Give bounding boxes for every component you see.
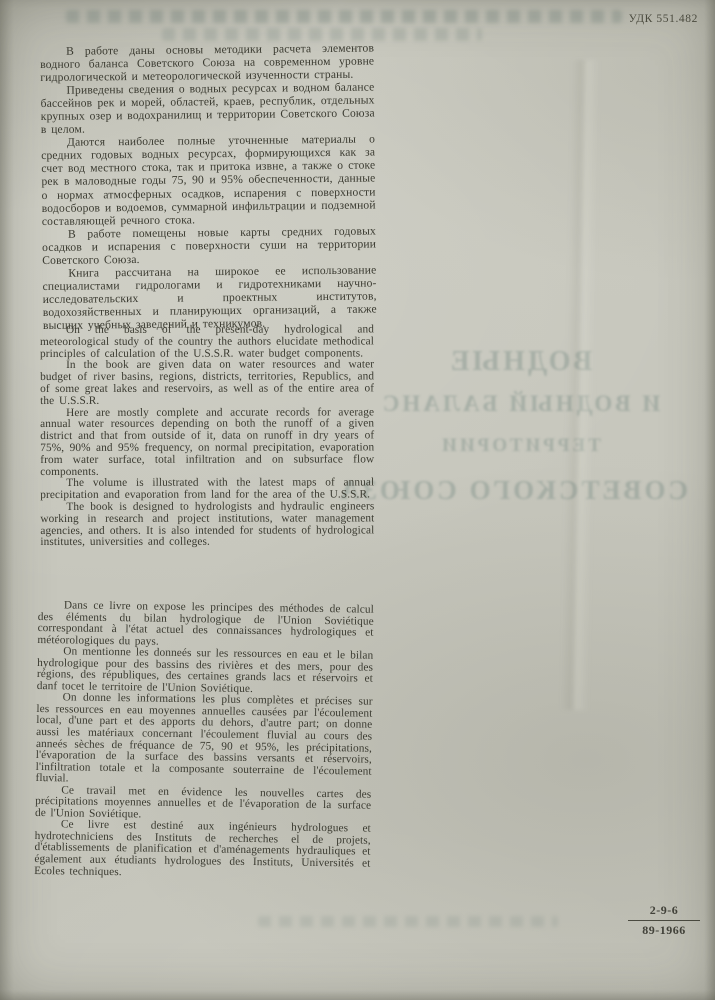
paper-crease [560,60,599,710]
paragraph: В работе даны основы методики расчета эл… [40,42,374,85]
bleedthrough-footer-line [258,916,558,927]
paragraph: In the book are given data on water reso… [40,360,374,408]
paragraph: On mentionne les donneés sur les ressour… [37,646,374,697]
paragraph: В работе помещены новые карты средних го… [42,224,376,267]
scanned-book-page: ВОДНЫЕ И ВОДНЫЙ БАЛАНС ТЕРРИТОРИИ СОВЕТС… [0,0,715,1000]
paragraph: On the basis of the present-day hydrolog… [40,324,374,360]
paragraph: Книга рассчитана на широкое ее использов… [42,263,377,332]
stamp-numerator: 2-9-6 [628,903,700,919]
paragraph: Here are mostly complete and accurate re… [40,407,374,478]
paragraph: The book is designed to hydrologists and… [40,501,374,549]
abstract-french: Dans ce livre on expose les principes de… [34,600,374,882]
paragraph: On donne les informations les plus compl… [35,692,372,789]
bleedthrough-header-line-1 [66,10,622,23]
abstract-russian: В работе даны основы методики расчета эл… [40,42,377,333]
page-edge-shadow-right [704,0,715,1000]
paragraph: The volume is illustrated with the lates… [40,478,374,502]
bleedthrough-title-line: ТЕРРИТОРИИ [352,426,688,466]
bleedthrough-header-line-2 [162,28,482,41]
paragraph: Dans ce livre on expose les principes de… [37,600,374,651]
udc-classification-number: УДК 551.482 [629,13,698,25]
bleedthrough-title-line: ВОДНЫЕ [352,342,688,382]
paragraph: Ce livre est destiné aux ingénieurs hydr… [34,819,371,881]
bleedthrough-mirrored-title: ВОДНЫЕ И ВОДНЫЙ БАЛАНС ТЕРРИТОРИИ СОВЕТС… [352,342,688,514]
page-edge-shadow-left [0,0,14,1000]
paragraph: Даются наиболее полные уточненные матери… [41,133,376,228]
stamp-denominator: 89-1966 [628,922,700,938]
bleedthrough-title-line: И ВОДНЫЙ БАЛАНС [352,382,688,426]
page-edge-shadow-bottom [0,990,715,1000]
paragraph: Приведены сведения о водных ресурсах и в… [40,81,375,137]
bleedthrough-title-line: СОВЕТСКОГО СОЮЗА [352,466,688,514]
stamp-divider-line [628,920,700,921]
abstract-english: On the basis of the present-day hydrolog… [40,324,374,549]
print-code-stamp: 2-9-6 89-1966 [628,903,700,938]
